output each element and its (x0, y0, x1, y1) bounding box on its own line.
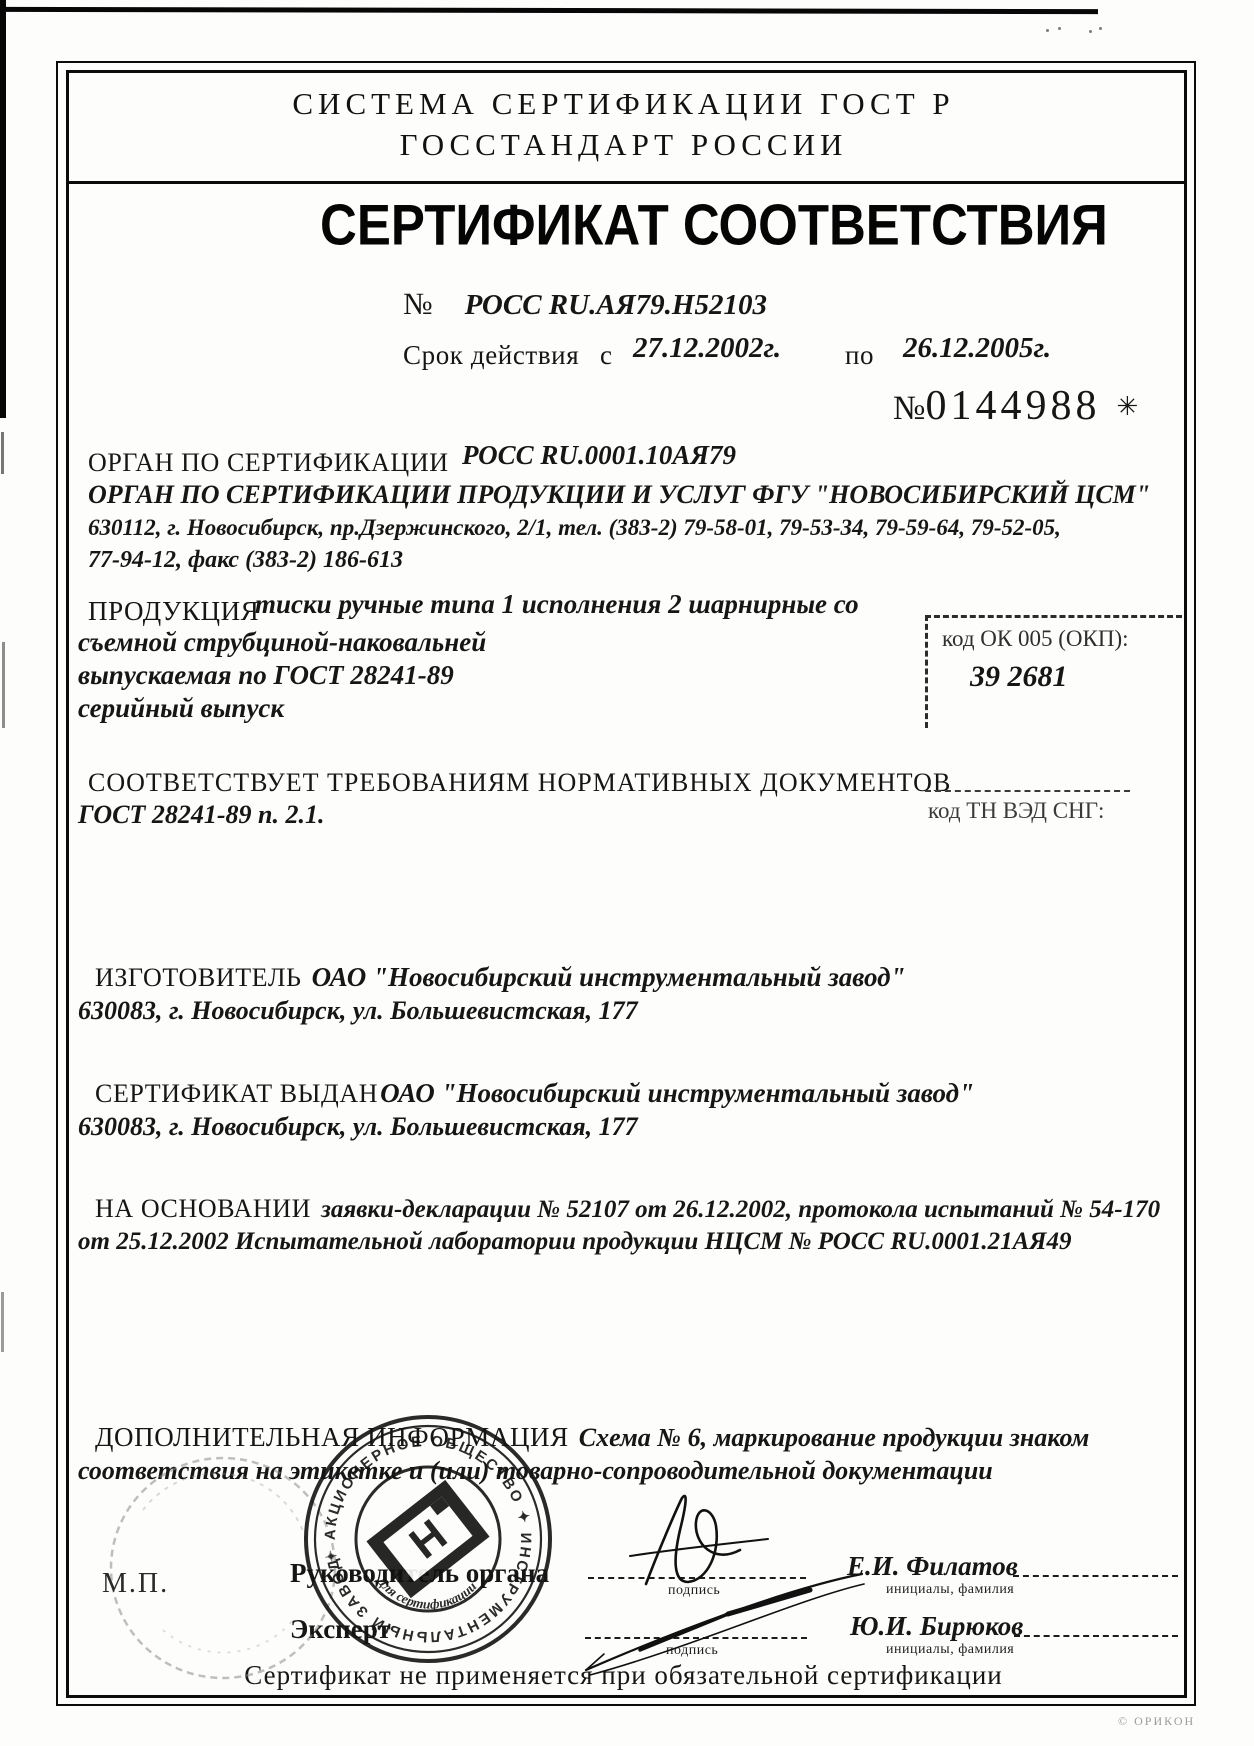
certificate-number-value: РОСС RU.АЯ79.Н52103 (465, 289, 767, 322)
expert-signature-stroke-1 (586, 1574, 862, 1670)
conformity-value: ГОСТ 28241-89 п. 2.1. (78, 800, 324, 830)
scan-artifact-left-mark-3 (1, 1292, 4, 1352)
scan-artifact-left-mark-2 (2, 642, 5, 728)
additional-info-line-1: Схема № 6, маркирование продукции знаком (579, 1423, 1090, 1453)
basis-line-2: от 25.12.2002 Испытательной лаборатории … (78, 1228, 1071, 1256)
manufacturer-name: ОАО "Новосибирский инструментальный заво… (312, 962, 906, 993)
scan-dot-2 (1058, 27, 1061, 30)
asterisk-mark-icon: ✳ (1116, 392, 1138, 421)
stamp-place-mark: М.П. (102, 1568, 169, 1600)
expert-signature-stroke-thick (728, 1590, 810, 1614)
okp-code-value: 39 2681 (970, 660, 1182, 694)
org-address-line-1: 630112, г. Новосибирск, пр.Дзержинского,… (88, 515, 1061, 541)
expert-name-line (1014, 1635, 1178, 1637)
validity-from-date: 27.12.2002г. (633, 332, 781, 365)
additional-info-row: ДОПОЛНИТЕЛЬНАЯ ИНФОРМАЦИЯ Схема № 6, мар… (95, 1422, 1089, 1453)
scan-artifact-top-line (0, 7, 1098, 14)
faint-stamp-inner-arc-2 (163, 1620, 293, 1653)
product-line-3: выпускаемая по ГОСТ 28241-89 (78, 660, 454, 691)
expert-name-caption: инициалы, фамилия (886, 1642, 1014, 1658)
org-address-line-2: 77-94-12, факс (383-2) 186-613 (88, 547, 403, 574)
org-label: ОРГАН ПО СЕРТИФИКАЦИИ (88, 448, 449, 478)
issued-to-label: СЕРТИФИКАТ ВЫДАН (95, 1079, 378, 1109)
issued-to-address: 630083, г. Новосибирск, ул. Большевистск… (78, 1112, 638, 1142)
header-system-line: СИСТЕМА СЕРТИФИКАЦИИ ГОСТ Р (66, 86, 1181, 122)
manufacturer-address: 630083, г. Новосибирск, ул. Большевистск… (78, 996, 638, 1026)
scan-dot-3 (1089, 30, 1092, 33)
head-name-line (1013, 1575, 1178, 1577)
basis-line-1: заявки-декларации № 52107 от 26.12.2002,… (321, 1196, 1160, 1224)
issued-to-row: СЕРТИФИКАТ ВЫДАН ОАО "Новосибирский инст… (95, 1078, 974, 1109)
org-reg-number: РОСС RU.0001.10АЯ79 (462, 440, 736, 471)
org-name: ОРГАН ПО СЕРТИФИКАЦИИ ПРОДУКЦИИ И УСЛУГ … (88, 480, 1150, 510)
scan-dot-4 (1099, 27, 1102, 30)
validity-label: Срок действия (403, 340, 579, 371)
serial-number-sign: № (893, 390, 925, 427)
scan-artifact-left-mark-1 (1, 432, 4, 474)
basis-row: НА ОСНОВАНИИ заявки-декларации № 52107 о… (95, 1194, 1160, 1224)
okp-code-box: код ОК 005 (ОКП): 39 2681 (925, 615, 1182, 728)
blank-serial-row: №0144988 ✳ (893, 382, 1138, 430)
manufacturer-row: ИЗГОТОВИТЕЛЬ ОАО "Новосибирский инструме… (95, 962, 906, 993)
product-line-1: тиски ручные типа 1 исполнения 2 шарнирн… (255, 589, 859, 620)
issued-to-name: ОАО "Новосибирский инструментальный заво… (380, 1078, 974, 1109)
expert-signature-stroke-2 (590, 1584, 864, 1675)
product-line-4: серийный выпуск (78, 693, 284, 724)
certificate-number-row: № РОСС RU.АЯ79.Н52103 (403, 286, 767, 322)
okp-code-label: код ОК 005 (ОКП): (942, 626, 1182, 652)
certificate-title: СЕРТИФИКАТ СООТВЕТСТВИЯ (320, 192, 1050, 258)
header-gosstandart-line: ГОССТАНДАРТ РОССИИ (66, 127, 1181, 163)
validity-to-label: по (845, 340, 874, 371)
conformity-label: СООТВЕТСТВУЕТ ТРЕБОВАНИЯМ НОРМАТИВНЫХ ДО… (88, 768, 951, 798)
tnved-dash-line (925, 790, 1130, 792)
basis-label: НА ОСНОВАНИИ (95, 1194, 311, 1224)
validity-from-label: с (600, 340, 613, 371)
head-name-caption: инициалы, фамилия (886, 1582, 1014, 1598)
expert-signature-scribble (578, 1568, 878, 1680)
print-credit: © ОРИКОН (1118, 1714, 1195, 1729)
tnved-code-label: код ТН ВЭД СНГ: (928, 798, 1104, 824)
faint-stamp-inner-arc (143, 1473, 308, 1550)
certificate-page: СИСТЕМА СЕРТИФИКАЦИИ ГОСТ Р ГОССТАНДАРТ … (0, 0, 1254, 1746)
product-line-2: съемной струбциной-наковальней (78, 627, 486, 658)
manufacturer-label: ИЗГОТОВИТЕЛЬ (95, 963, 302, 993)
serial-digits: 0144988 (925, 383, 1100, 429)
product-label: ПРОДУКЦИЯ (88, 596, 259, 627)
scan-artifact-left-bar (0, 0, 6, 418)
number-sign: № (403, 286, 433, 322)
org-round-stamp: ✦ АКЦИОНЕРНОЕ ОБЩЕСТВО ✦ ИНСТРУМЕНТАЛЬНЫ… (292, 1408, 564, 1670)
expert-signature-tip (586, 1654, 604, 1670)
validity-to-date: 26.12.2005г. (903, 332, 1051, 365)
header-divider-line (66, 181, 1187, 184)
scan-dot-1 (1046, 29, 1049, 32)
